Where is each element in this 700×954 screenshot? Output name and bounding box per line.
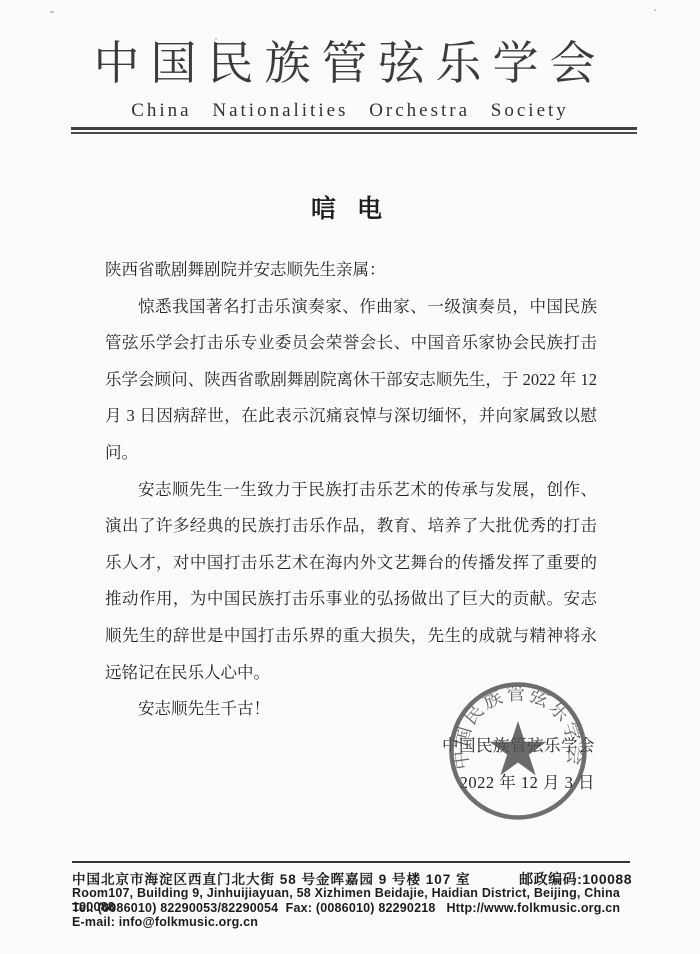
footer-address-cn: 中国北京市海淀区西直门北大街 58 号金晖嘉园 9 号楼 107 室	[72, 868, 471, 888]
official-seal: 中国民族管弦乐学会	[443, 676, 593, 826]
org-name-en: China Nationalities Orchestra Society	[0, 100, 700, 122]
letter-body: 陕西省歌剧舞剧院并安志顺先生亲属： 惊悉我国著名打击乐演奏家、作曲家、一级演奏员…	[105, 252, 597, 728]
scan-speck	[654, 9, 656, 11]
org-name-cn: 中国民族管弦乐学会	[0, 38, 700, 90]
salutation: 陕西省歌剧舞剧院并安志顺先生亲属：	[105, 252, 597, 289]
footer-rule	[72, 861, 630, 863]
scan-speck	[50, 11, 54, 13]
letterhead-rule	[71, 127, 637, 134]
letter-title: 唁 电	[0, 189, 700, 225]
star-icon	[490, 721, 547, 775]
paragraph-1: 惊悉我国著名打击乐演奏家、作曲家、一级演奏员，中国民族管弦乐学会打击乐专业委员会…	[105, 289, 597, 472]
letter-page: 中国民族管弦乐学会 China Nationalities Orchestra …	[0, 0, 700, 954]
paragraph-2: 安志顺先生一生致力于民族打击乐艺术的传承与发展，创作、演出了许多经典的民族打击乐…	[105, 472, 597, 692]
footer-contact: Tel: (0086010) 82290053/82290054 Fax: (0…	[72, 901, 632, 929]
